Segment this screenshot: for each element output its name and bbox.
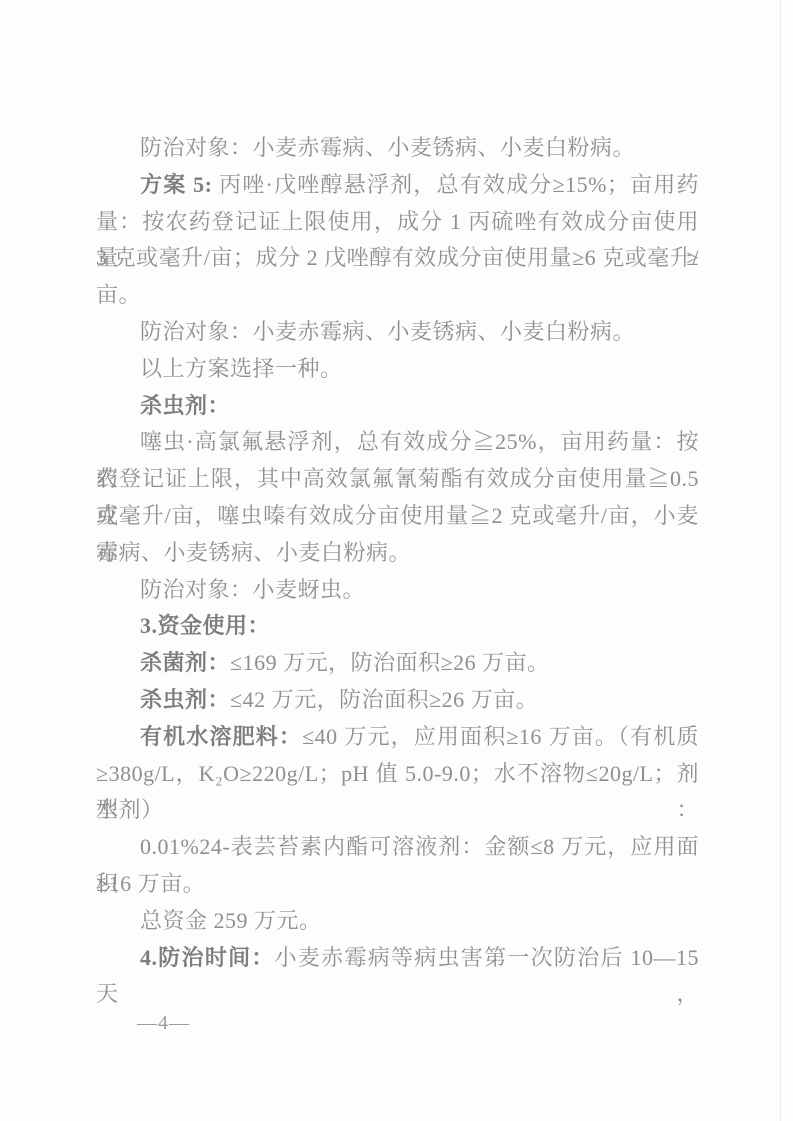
text-line: 总资金 259 万元。 (96, 903, 699, 940)
text-line: 药登记证上限，其中高效氯氟氰菊酯有效成分亩使用量≧0.5 克 (96, 461, 699, 498)
line-lead: 方案 5: (140, 172, 219, 197)
document-body: 防治对象：小麦赤霉病、小麦锈病、小麦白粉病。 方案 5: 丙唑·戊唑醇悬浮剂，总… (96, 130, 699, 976)
text-line: 杀虫剂：≤42 万元，防治面积≥26 万亩。 (96, 682, 699, 719)
line-text: ≤169 万元，防治面积≥26 万亩。 (230, 650, 550, 675)
line-text: 3 克或毫升/亩；成分 2 戊唑醇有效成分亩使用量≥6 克或毫升/ (96, 245, 699, 270)
text-line: ≥16 万亩。 (96, 866, 699, 903)
text-line: 有机水溶肥料：≤40 万元，应用面积≥16 万亩。（有机质 (96, 719, 699, 756)
text-line: 以上方案选择一种。 (96, 351, 699, 388)
line-text: 亩。 (96, 282, 141, 307)
line-text: ≥16 万亩。 (96, 871, 205, 896)
line-text: 防治对象：小麦赤霉病、小麦锈病、小麦白粉病。 (140, 319, 635, 344)
text-line: 霉病、小麦锈病、小麦白粉病。 (96, 535, 699, 572)
text-line: 4.防治时间：小麦赤霉病等病虫害第一次防治后 10—15 天， (96, 940, 699, 977)
text-line: 防治对象：小麦赤霉病、小麦锈病、小麦白粉病。 (96, 314, 699, 351)
text-line: 或毫升/亩，噻虫嗪有效成分亩使用量≧2 克或毫升/亩，小麦赤 (96, 498, 699, 535)
page-number: —4— (137, 1005, 190, 1041)
section-heading: 3.资金使用： (96, 608, 699, 645)
line-lead: 4.防治时间： (140, 945, 275, 970)
text-line: 杀菌剂：≤169 万元，防治面积≥26 万亩。 (96, 645, 699, 682)
text-line: 亩。 (96, 277, 699, 314)
text-line: 0.01%24-表芸苔素内酯可溶液剂：金额≤8 万元，应用面积 (96, 829, 699, 866)
line-text: ≥380g/L，K₂O≥220g/L；pH 值 5.0-9.0；水不溶物≤20g… (96, 761, 699, 823)
line-lead: 杀虫剂： (140, 687, 230, 712)
line-lead: 杀菌剂： (140, 650, 230, 675)
line-text: 防治对象：小麦赤霉病、小麦锈病、小麦白粉病。 (140, 135, 635, 160)
text-line: 方案 5: 丙唑·戊唑醇悬浮剂，总有效成分≥15%；亩用药 (96, 167, 699, 204)
text-line: ≥380g/L，K₂O≥220g/L；pH 值 5.0-9.0；水不溶物≤20g… (96, 756, 699, 793)
text-line: 量：按农药登记证上限使用，成分 1 丙硫唑有效成分亩使用量≥ (96, 204, 699, 241)
text-line: 3 克或毫升/亩；成分 2 戊唑醇有效成分亩使用量≥6 克或毫升/ (96, 240, 699, 277)
line-text: 水剂） (96, 797, 164, 822)
line-text: 丙唑·戊唑醇悬浮剂，总有效成分≥15%；亩用药 (219, 172, 699, 197)
section-heading: 杀虫剂： (96, 388, 699, 425)
line-text: 以上方案选择一种。 (140, 356, 343, 381)
line-text: 总资金 259 万元。 (140, 908, 322, 933)
text-line: 防治对象：小麦蚜虫。 (96, 572, 699, 609)
line-lead: 3.资金使用： (140, 613, 270, 638)
document-page: 防治对象：小麦赤霉病、小麦锈病、小麦白粉病。 方案 5: 丙唑·戊唑醇悬浮剂，总… (0, 0, 793, 1121)
text-line: 防治对象：小麦赤霉病、小麦锈病、小麦白粉病。 (96, 130, 699, 167)
page-edge-shadow (780, 0, 781, 1121)
line-text: 防治对象：小麦蚜虫。 (140, 577, 365, 602)
line-text: 霉病、小麦锈病、小麦白粉病。 (96, 540, 411, 565)
text-line: 噻虫·高氯氟悬浮剂，总有效成分≧25%，亩用药量：按农 (96, 424, 699, 461)
line-lead: 有机水溶肥料： (140, 724, 302, 749)
line-lead: 杀虫剂： (140, 393, 230, 418)
line-text: ≤40 万元，应用面积≥16 万亩。（有机质 (302, 724, 699, 749)
line-text: ≤42 万元，防治面积≥26 万亩。 (230, 687, 538, 712)
